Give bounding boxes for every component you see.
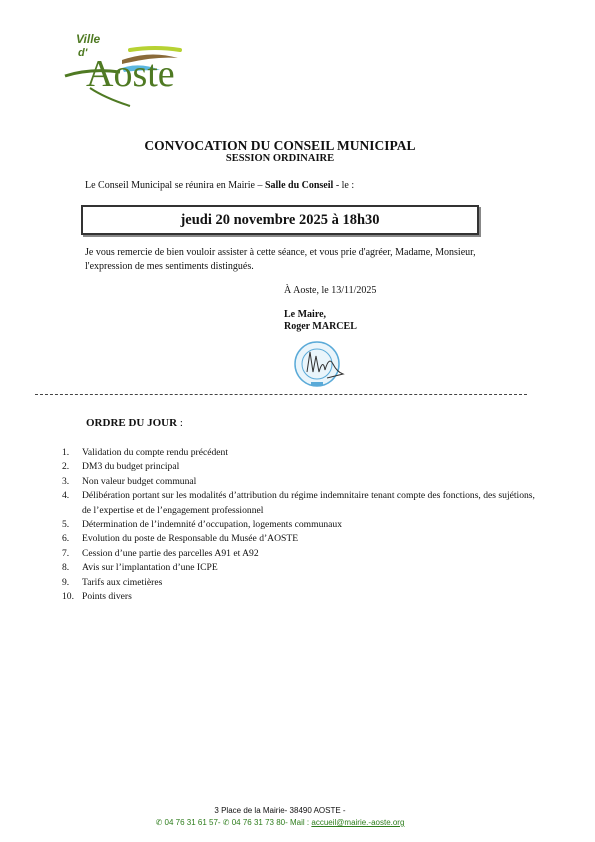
agenda-item-text: Points divers (82, 591, 132, 602)
agenda-item-number: 3. (62, 475, 69, 489)
agenda-item: 3.Non valeur budget communal (62, 475, 542, 489)
agenda-item-number: 9. (62, 576, 69, 590)
mairie-stamp-icon (293, 338, 345, 390)
meeting-date-box: jeudi 20 novembre 2025 à 18h30 (81, 205, 479, 235)
agenda-item-number: 5. (62, 518, 69, 532)
agenda-item: 8.Avis sur l’implantation d’une ICPE (62, 561, 542, 575)
body-paragraph: Je vous remercie de bien vouloir assiste… (85, 246, 485, 274)
agenda-item: 10.Points divers (62, 590, 542, 604)
intro-suffix: - le : (333, 180, 354, 191)
agenda-item-text: Détermination de l’indemnité d’occupatio… (82, 519, 342, 530)
footer-phone1: 04 76 31 61 57 (165, 818, 218, 827)
ville-aoste-logo: Ville d' Aoste (60, 28, 190, 113)
agenda-item-text: Tarifs aux cimetières (82, 577, 162, 588)
page-subtitle: SESSION ORDINAIRE (0, 153, 560, 164)
place-date: À Aoste, le 13/11/2025 (284, 285, 376, 296)
signature-block: Le Maire, Roger MARCEL (284, 309, 357, 333)
agenda-item-number: 8. (62, 561, 69, 575)
agenda-item-number: 6. (62, 532, 69, 546)
agenda-item: 1.Validation du compte rendu précédent (62, 446, 542, 460)
agenda-item-text: Délibération portant sur les modalités d… (82, 490, 535, 515)
intro-prefix: Le Conseil Municipal se réunira en Mairi… (85, 180, 265, 191)
agenda-item-number: 4. (62, 489, 69, 503)
footer-address: 3 Place de la Mairie- 38490 AOSTE - (0, 806, 560, 815)
agenda-item-number: 10. (62, 590, 74, 604)
page-title: CONVOCATION DU CONSEIL MUNICIPAL (0, 138, 560, 154)
agenda-list: 1.Validation du compte rendu précédent2.… (62, 446, 542, 604)
intro-text: Le Conseil Municipal se réunira en Mairi… (85, 180, 354, 191)
agenda-heading-suffix: : (177, 417, 183, 429)
intro-location: Salle du Conseil (265, 180, 333, 191)
signature-role: Le Maire, (284, 309, 357, 321)
agenda-title: ORDRE DU JOUR : (86, 417, 183, 429)
agenda-item: 6.Evolution du poste de Responsable du M… (62, 532, 542, 546)
agenda-item: 4.Délibération portant sur les modalités… (62, 489, 542, 518)
agenda-heading: ORDRE DU JOUR (86, 417, 177, 429)
agenda-item-text: Validation du compte rendu précédent (82, 447, 228, 458)
agenda-item: 7.Cession d’une partie des parcelles A91… (62, 547, 542, 561)
phone-icon: ✆ (156, 818, 165, 827)
logo-aoste-text: Aoste (86, 54, 175, 94)
agenda-item: 9.Tarifs aux cimetières (62, 576, 542, 590)
agenda-item-text: Cession d’une partie des parcelles A91 e… (82, 548, 259, 559)
fax-icon: ✆ (223, 818, 232, 827)
agenda-item-text: Avis sur l’implantation d’une ICPE (82, 562, 218, 573)
footer-phone2: 04 76 31 73 80 (232, 818, 285, 827)
agenda-item: 2.DM3 du budget principal (62, 460, 542, 474)
section-divider (35, 394, 527, 395)
agenda-item: 5.Détermination de l’indemnité d’occupat… (62, 518, 542, 532)
agenda-item-number: 1. (62, 446, 69, 460)
logo-ville-text: Ville (76, 33, 100, 45)
agenda-item-number: 2. (62, 460, 69, 474)
footer-email-link[interactable]: accueil@mairie.-aoste.org (311, 818, 404, 827)
agenda-item-text: Evolution du poste de Responsable du Mus… (82, 533, 298, 544)
agenda-item-text: DM3 du budget principal (82, 461, 179, 472)
footer-mail-label: Mail : (290, 818, 309, 827)
footer-contact: ✆ 04 76 31 61 57- ✆ 04 76 31 73 80- Mail… (0, 818, 560, 827)
agenda-item-number: 7. (62, 547, 69, 561)
signature-name: Roger MARCEL (284, 321, 357, 333)
agenda-item-text: Non valeur budget communal (82, 476, 196, 487)
